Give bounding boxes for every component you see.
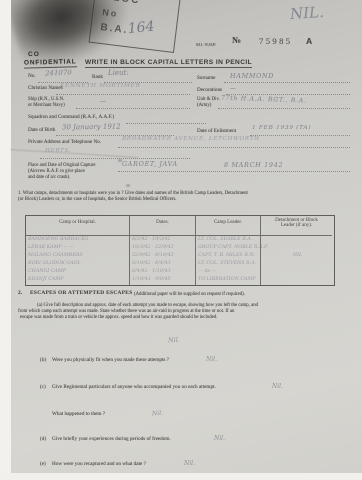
classification-stamp: ONFIDENTIAL bbox=[24, 59, 77, 68]
question1-line1: 1. What camps, detachments or hospitals … bbox=[18, 191, 248, 197]
section2-number: 2. bbox=[18, 291, 22, 297]
rule-line bbox=[40, 157, 190, 159]
instruction-heading: WRITE IN BLOCK CAPITAL LETTERS IN PENCIL bbox=[85, 59, 252, 68]
section2-a-line3: escape was made from a train or vehicle … bbox=[20, 315, 217, 321]
table-cell-leader: LT. COL. SEARLE R.A. bbox=[196, 236, 261, 244]
section2-a-line1: (a) Give full description and approx. da… bbox=[37, 303, 258, 309]
stamp-line2: No bbox=[102, 7, 119, 19]
answer-c2-nil: Nil. bbox=[152, 410, 163, 417]
field-value-rank: Lieut: bbox=[108, 69, 129, 77]
field-value-ship: — bbox=[100, 98, 106, 105]
field-label-christian-names: Christian Names bbox=[28, 86, 63, 92]
stamp-handwritten-number: 164 bbox=[127, 19, 155, 37]
table-header-camp: Camp or Hospital. bbox=[26, 216, 130, 236]
table-cell-leader: GROUP CAPT. NOBLE R.A.F. bbox=[196, 244, 261, 252]
field-value-enlistment: 1 FEB 1939 (TA) bbox=[252, 125, 311, 131]
stamp-line3: B.A. bbox=[100, 22, 129, 36]
table-cell-camp: LEBAK KAMP — — bbox=[26, 244, 130, 252]
field-value-capture-place: GAROET, JAVA bbox=[122, 160, 178, 168]
question1-line2: (or Block) Leaders or, in the case of ho… bbox=[18, 197, 177, 203]
table-cell-dates: 22/9/42 - 8/10/42 bbox=[130, 252, 196, 260]
field-label-decorations: Decorations bbox=[197, 88, 222, 94]
table-cell-dates: 19/3/42 - 22/9/42 bbox=[130, 244, 196, 252]
field-value-no: 241070 bbox=[45, 69, 72, 78]
table-cell-camp: MALANG CHAMBERS bbox=[26, 252, 130, 260]
answer-b-nil: Nil. bbox=[206, 356, 217, 363]
table-cell-detachment-nil: NIL bbox=[261, 252, 332, 260]
table-cell-detachment bbox=[261, 276, 332, 284]
field-label-capture-3: and date of a/c crash). bbox=[28, 175, 70, 181]
rule-line bbox=[224, 81, 350, 83]
rule-line bbox=[118, 170, 350, 172]
table-cell-leader: TO LIBERATION CAMP bbox=[196, 276, 261, 284]
field-label-squadron: Squadron and Command (R.A.F., A.A.F.) bbox=[28, 115, 114, 121]
table-cell-dates: 1/10/43 - 9/9/45 bbox=[130, 276, 196, 284]
section2-c2-text: What happened to them ? bbox=[52, 412, 105, 418]
section2-c-label: (c) bbox=[40, 385, 46, 391]
table-cell-dates: 8/10/42 - 6/4/43 bbox=[130, 260, 196, 268]
section2-d-label: (d) bbox=[40, 437, 46, 443]
table-cell-leader: LT. COL. STEVENS R.A. bbox=[196, 260, 261, 268]
rule-line bbox=[126, 122, 206, 124]
section2-e-label: (e) bbox=[40, 462, 46, 468]
table-cell-leader: — do — bbox=[196, 268, 261, 276]
section2-heading: ESCAPES OR ATTEMPTED ESCAPES bbox=[30, 291, 133, 297]
section2-a-line2: from which camp each attempt was made. S… bbox=[18, 309, 234, 315]
field-label-unit-1: Unit & Div. bbox=[197, 97, 220, 103]
table-header-dates: Dates. bbox=[130, 216, 196, 236]
section2-b-label: (b) bbox=[40, 358, 46, 364]
field-label-unit-2: (Army) bbox=[197, 103, 211, 109]
field-label-dob: Date of Birth bbox=[28, 128, 55, 134]
field-value-christian-names: KENNETH MORTIMER bbox=[60, 83, 141, 89]
field-label-capture-2: (Aircrew R.A.F. to give place bbox=[28, 169, 85, 175]
field-label-rank: Rank bbox=[92, 75, 103, 81]
field-value-capture-date: 8 MARCH 1942 bbox=[224, 161, 283, 169]
numero-sign: № bbox=[232, 38, 241, 44]
rule-line bbox=[250, 134, 350, 136]
rule-line bbox=[56, 93, 190, 95]
field-value-surname: HAMMOND bbox=[230, 72, 274, 80]
field-value-address-1: BROADWATER AVENUE, LETCHWORTH bbox=[122, 136, 260, 142]
field-label-ship-1: Ship (R.N., U.S.N. bbox=[28, 97, 64, 103]
rule-line bbox=[76, 107, 190, 109]
table-header-detachment-line2: Leader (if any). bbox=[261, 223, 332, 228]
table-cell-leader: CAPT. T. B. MILES R.N. bbox=[196, 252, 261, 260]
table-cell-camp: KRANJI CAMP bbox=[26, 276, 130, 284]
field-label-no: No. bbox=[28, 74, 36, 80]
field-label-surname: Surname bbox=[197, 76, 215, 82]
field-label-capture-1: Place and Date of Original Capture bbox=[28, 163, 96, 169]
section2-e-text: How were you recaptured and on what date… bbox=[52, 462, 146, 468]
table-header-leader: Camp Leader. bbox=[196, 216, 261, 236]
serial-suffix: A bbox=[306, 39, 312, 45]
table-cell-detachment bbox=[261, 236, 332, 244]
table-cell-detachment bbox=[261, 268, 332, 276]
field-value-dob: 30 January 1912 bbox=[62, 122, 121, 131]
rule-line bbox=[218, 107, 350, 109]
table-cell-detachment bbox=[261, 244, 332, 252]
answer-d-nil: Nil. bbox=[214, 435, 225, 442]
pencil-speck bbox=[126, 184, 130, 187]
scanned-form-page: BLOC No B.A. 164 NIL. CO ONFIDENTIAL M.I… bbox=[0, 0, 362, 480]
table-cell-camp: BOEI GLODOK GAOL bbox=[26, 260, 130, 268]
field-label-enlistment: Date of Enlistment bbox=[197, 129, 236, 135]
form-reference: M.I. 9/JAP. bbox=[196, 42, 216, 48]
section2-b-text: Were you physically fit when you made th… bbox=[52, 358, 169, 364]
table-cell-camp: CHANGI CAMP bbox=[26, 268, 130, 276]
section2-d-text: Give briefly your experiences during per… bbox=[52, 437, 171, 443]
field-label-address: Private Address and Telephone No. bbox=[28, 140, 101, 146]
serial-number: 75985 bbox=[259, 39, 292, 45]
section2-heading-note: (Additional paper will be supplied on re… bbox=[134, 292, 245, 298]
nil-annotation: NIL. bbox=[289, 3, 324, 23]
field-value-decorations: — bbox=[230, 85, 236, 92]
field-label-ship-2: or Merchant Navy) bbox=[28, 103, 65, 109]
table-cell-dates: 6/4/43 - 1/10/43 bbox=[130, 268, 196, 276]
section2-c-text: Give Regimental particulars of anyone wh… bbox=[52, 385, 216, 391]
answer-a-nil: Nil. bbox=[168, 336, 180, 344]
table-header-detachment: Detachment or Block Leader (if any). bbox=[261, 216, 332, 236]
field-value-address-2: HERTS. bbox=[45, 148, 71, 154]
scan-edge-left bbox=[0, 0, 11, 480]
table-cell-detachment bbox=[261, 260, 332, 268]
camp-table: Camp or Hospital. Dates. Camp Leader. De… bbox=[25, 215, 335, 286]
answer-c-nil: Nil. bbox=[272, 383, 283, 390]
answer-e-nil: Nil. bbox=[184, 460, 195, 467]
scan-edge-bottom bbox=[0, 473, 362, 480]
stamp-line1: BLOC bbox=[104, 0, 141, 6]
table-cell-camp: BANDOENG BARRACKS bbox=[26, 236, 130, 244]
rule-line bbox=[118, 146, 350, 148]
classification-stamp-top: CO bbox=[28, 52, 40, 58]
table-cell-dates: 8/3/42 - 19/3/42 bbox=[130, 236, 196, 244]
